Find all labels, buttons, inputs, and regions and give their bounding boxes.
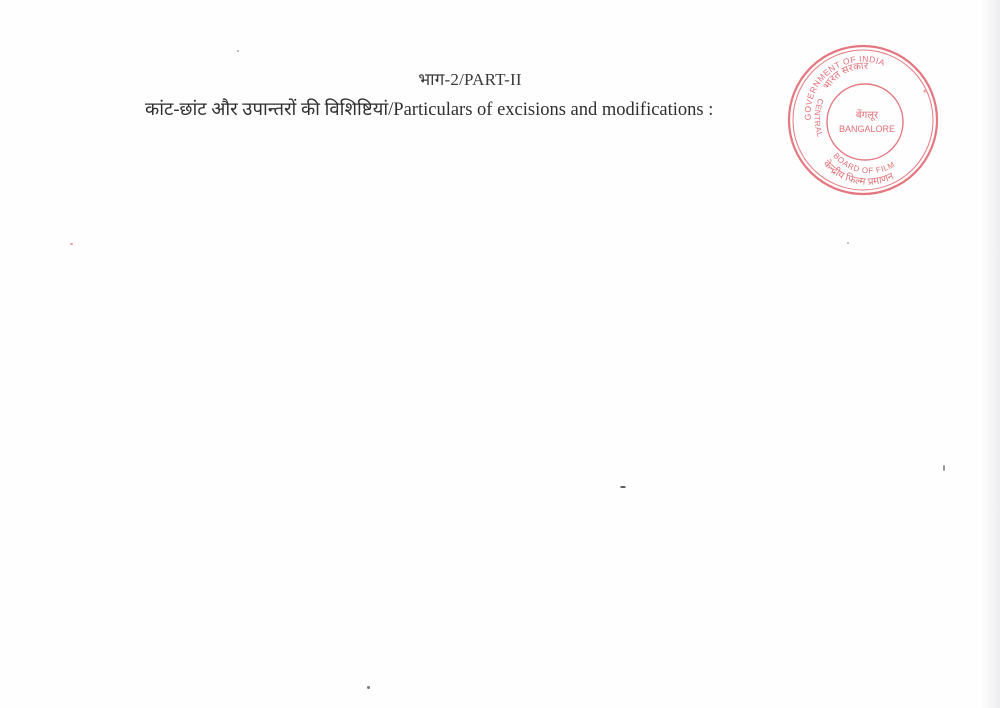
stamp-city-english: BANGALORE [839,124,895,134]
ink-speck [943,465,945,471]
ink-speck [367,686,370,689]
ink-speck [620,486,626,488]
svg-text:*: * [923,88,927,98]
excisions-title: कांट-छांट और उपान्तरों की विशिष्टियां/Pa… [145,96,713,121]
ink-speck [237,50,239,52]
svg-text:CENTRAL: CENTRAL [812,97,825,138]
stamp-city-hindi: बेंगलूर [856,109,879,121]
cbfc-stamp: भारत सरकार GOVERNMENT OF INDIA CENTRAL B… [783,38,943,198]
document-page: भाग-2/PART-II कांट-छांट और उपान्तरों की … [0,0,1000,708]
ink-speck [847,242,849,244]
ink-speck [70,243,73,245]
scan-edge-shadow [982,0,1000,708]
